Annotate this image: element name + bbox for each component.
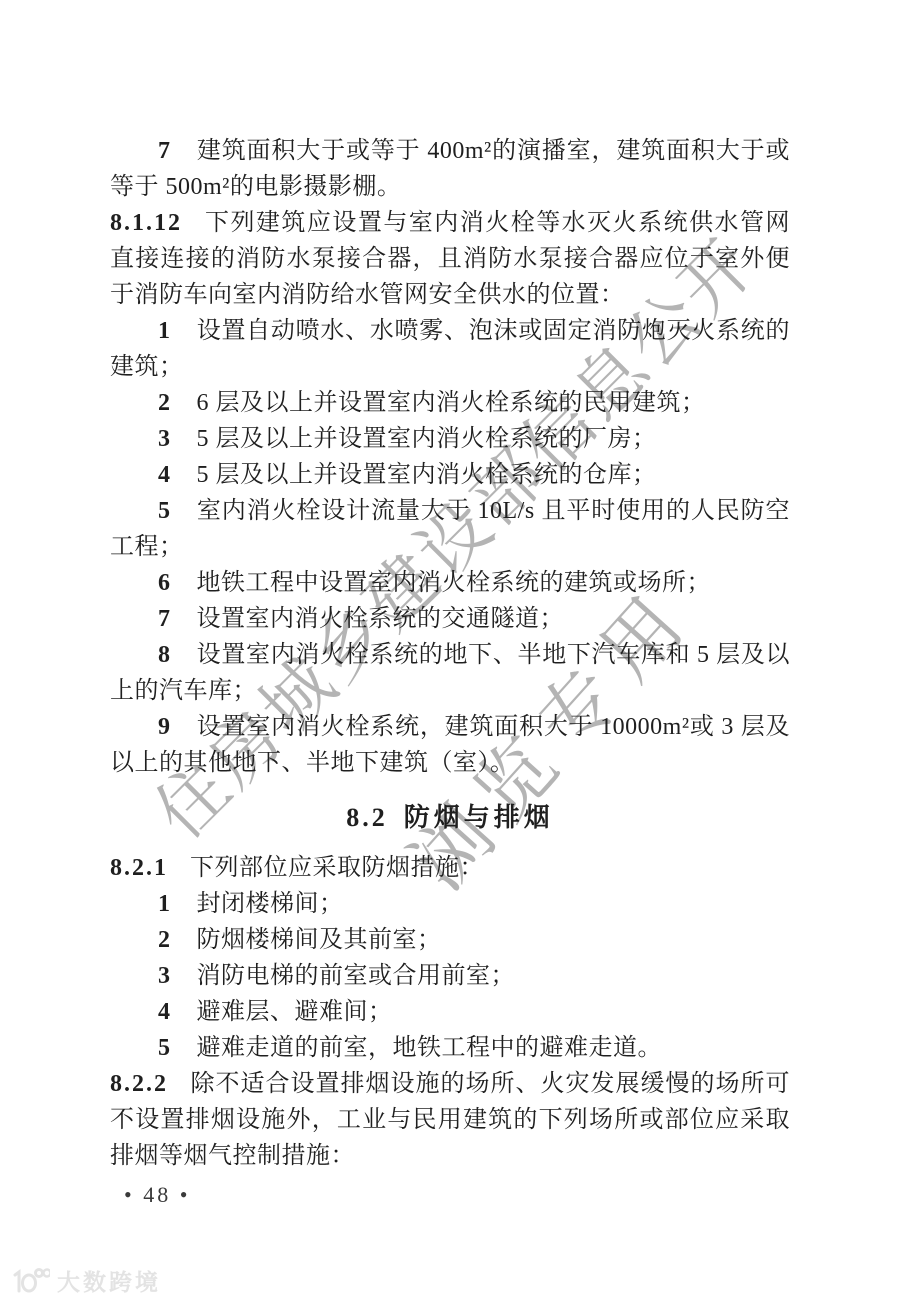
item-text: 防烟楼梯间及其前室； bbox=[197, 927, 442, 953]
section-heading-number: 8.2 bbox=[346, 803, 388, 832]
item-number: 7 bbox=[158, 606, 197, 632]
para-item-4: 45 层及以上并设置室内消火栓系统的仓库； bbox=[110, 457, 790, 493]
section-heading-title: 防烟与排烟 bbox=[404, 802, 554, 832]
item-text: 设置室内消火栓系统的交通隧道； bbox=[197, 606, 565, 632]
item-text: 消防电梯的前室或合用前室； bbox=[197, 963, 516, 989]
clause-text: 下列建筑应设置与室内消火栓等水灭火系统供水管网直接连接的消防水泵接合器，且消防水… bbox=[110, 210, 790, 308]
footer-logo-text: 大数跨境 bbox=[57, 1264, 161, 1297]
item-text: 封闭楼梯间； bbox=[197, 891, 344, 917]
page-number: • 48 • bbox=[110, 1182, 790, 1208]
para-item-8: 8设置室内消火栓系统的地下、半地下汽车库和 5 层及以上的汽车库； bbox=[110, 637, 790, 709]
ten-superscript-100-logo-icon bbox=[10, 1267, 50, 1295]
item-text: 设置室内消火栓系统，建筑面积大于 10000m²或 3 层及以上的其他地下、半地… bbox=[110, 714, 790, 776]
para-clause-8-2-1: 8.2.1下列部位应采取防烟措施： bbox=[110, 850, 790, 886]
para-item-5: 5室内消火栓设计流量大于 10L/s 且平时使用的人民防空工程； bbox=[110, 493, 790, 565]
item-number: 2 bbox=[158, 927, 197, 953]
item-text: 设置室内消火栓系统的地下、半地下汽车库和 5 层及以上的汽车库； bbox=[110, 642, 790, 704]
item-number: 7 bbox=[158, 138, 197, 164]
para-item-2: 26 层及以上并设置室内消火栓系统的民用建筑； bbox=[110, 385, 790, 421]
clause-text: 除不适合设置排烟设施的场所、火灾发展缓慢的场所可不设置排烟设施外，工业与民用建筑… bbox=[110, 1071, 790, 1169]
para-item-6: 6地铁工程中设置室内消火栓系统的建筑或场所； bbox=[110, 565, 790, 601]
para-item-9: 9设置室内消火栓系统，建筑面积大于 10000m²或 3 层及以上的其他地下、半… bbox=[110, 709, 790, 781]
clause-number: 8.1.12 bbox=[110, 210, 204, 236]
para-item-7b: 7设置室内消火栓系统的交通隧道； bbox=[110, 601, 790, 637]
item-text: 避难走道的前室，地铁工程中的避难走道。 bbox=[197, 1035, 663, 1061]
item-number: 5 bbox=[158, 1035, 197, 1061]
para-smoke-item-2: 2防烟楼梯间及其前室； bbox=[110, 922, 790, 958]
para-smoke-item-5: 5避难走道的前室，地铁工程中的避难走道。 bbox=[110, 1030, 790, 1066]
item-text: 6 层及以上并设置室内消火栓系统的民用建筑； bbox=[197, 390, 706, 416]
para-clause-8-1-12: 8.1.12下列建筑应设置与室内消火栓等水灭火系统供水管网直接连接的消防水泵接合… bbox=[110, 205, 790, 313]
item-number: 9 bbox=[158, 714, 197, 740]
item-number: 5 bbox=[158, 498, 197, 524]
item-number: 3 bbox=[158, 963, 197, 989]
para-clause-8-2-2: 8.2.2除不适合设置排烟设施的场所、火灾发展缓慢的场所可不设置排烟设施外，工业… bbox=[110, 1066, 790, 1174]
para-smoke-item-1: 1封闭楼梯间； bbox=[110, 886, 790, 922]
clause-text: 下列部位应采取防烟措施： bbox=[190, 855, 484, 881]
item-text: 建筑面积大于或等于 400m²的演播室，建筑面积大于或等于 500m²的电影摄影… bbox=[110, 138, 790, 200]
item-number: 1 bbox=[158, 891, 197, 917]
para-item-1: 1设置自动喷水、水喷雾、泡沫或固定消防炮灭火系统的建筑； bbox=[110, 313, 790, 385]
section-heading-8-2: 8.2防烟与排烟 bbox=[110, 799, 790, 836]
page-content: 7建筑面积大于或等于 400m²的演播室，建筑面积大于或等于 500m²的电影摄… bbox=[110, 133, 790, 1208]
item-text: 设置自动喷水、水喷雾、泡沫或固定消防炮灭火系统的建筑； bbox=[110, 318, 790, 380]
para-smoke-item-3: 3消防电梯的前室或合用前室； bbox=[110, 958, 790, 994]
footer-logo: 大数跨境 bbox=[10, 1264, 161, 1297]
item-text: 地铁工程中设置室内消火栓系统的建筑或场所； bbox=[197, 570, 712, 596]
item-number: 3 bbox=[158, 426, 197, 452]
para-item-7: 7建筑面积大于或等于 400m²的演播室，建筑面积大于或等于 500m²的电影摄… bbox=[110, 133, 790, 205]
item-number: 4 bbox=[158, 462, 197, 488]
item-number: 8 bbox=[158, 642, 197, 668]
item-text: 5 层及以上并设置室内消火栓系统的仓库； bbox=[197, 462, 657, 488]
item-text: 5 层及以上并设置室内消火栓系统的厂房； bbox=[197, 426, 657, 452]
para-item-3: 35 层及以上并设置室内消火栓系统的厂房； bbox=[110, 421, 790, 457]
clause-number: 8.2.2 bbox=[110, 1071, 190, 1097]
clause-number: 8.2.1 bbox=[110, 855, 190, 881]
item-text: 室内消火栓设计流量大于 10L/s 且平时使用的人民防空工程； bbox=[110, 498, 790, 560]
item-number: 2 bbox=[158, 390, 197, 416]
item-number: 6 bbox=[158, 570, 197, 596]
item-number: 4 bbox=[158, 999, 197, 1025]
item-text: 避难层、避难间； bbox=[197, 999, 393, 1025]
item-number: 1 bbox=[158, 318, 197, 344]
document-page: 住房城乡建设部信息公开 浏览专用 7建筑面积大于或等于 400m²的演播室，建筑… bbox=[0, 0, 900, 1304]
para-smoke-item-4: 4避难层、避难间； bbox=[110, 994, 790, 1030]
